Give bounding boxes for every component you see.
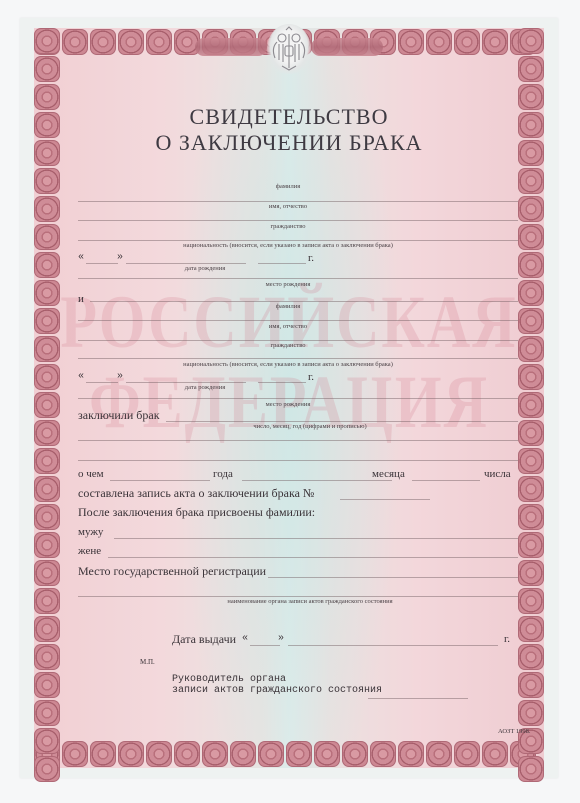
marriage-date-field-2[interactable] — [78, 440, 518, 441]
conjunction-and: и — [78, 293, 84, 305]
person2-birthplace-field[interactable] — [78, 398, 518, 399]
husband-label: мужу — [78, 526, 103, 538]
person2-year-suffix: г. — [308, 371, 314, 383]
person2-surname-field[interactable] — [90, 301, 518, 302]
marriage-date-caption: число, месяц, год (цифрами и прописью) — [253, 423, 366, 430]
person2-birthplace-caption: место рождения — [266, 401, 311, 408]
stamp-mark: М.П. — [140, 658, 155, 666]
person2-nationality-field[interactable] — [78, 358, 518, 359]
certificate-title-line1: СВИДЕТЕЛЬСТВО — [20, 104, 558, 130]
married-label: заключили брак — [78, 408, 160, 423]
person1-year-suffix: г. — [308, 252, 314, 264]
day-words-field[interactable] — [412, 480, 480, 481]
year-words-field[interactable] — [110, 480, 210, 481]
person1-surname-field[interactable] — [78, 201, 518, 202]
person2-birth-month-field[interactable] — [126, 382, 246, 383]
person1-name-field[interactable] — [78, 220, 518, 221]
year-label: года — [213, 468, 233, 480]
signature-field[interactable] — [368, 698, 468, 699]
about-label: о чем — [78, 468, 104, 480]
head-of-authority-line2: записи актов гражданского состояния — [172, 685, 382, 696]
issue-date-label: Дата выдачи — [172, 632, 236, 647]
month-label: месяца — [372, 468, 405, 480]
person2-birth-day-field[interactable] — [86, 382, 118, 383]
person2-citizenship-field[interactable] — [78, 340, 518, 341]
person1-citizenship-field[interactable] — [78, 240, 518, 241]
registration-place-label: Место государственной регистрации — [78, 564, 266, 579]
marriage-date-field-3[interactable] — [78, 460, 518, 461]
person1-birth-month-field[interactable] — [126, 263, 246, 264]
coat-of-arms-icon — [267, 24, 311, 74]
certificate-title-line2: О ЗАКЛЮЧЕНИИ БРАКА — [20, 130, 558, 156]
person1-birth-year-field[interactable] — [258, 263, 306, 264]
person2-citizenship-caption: гражданство — [271, 342, 306, 349]
record-number-field[interactable] — [340, 499, 430, 500]
wife-label: жене — [78, 545, 101, 557]
issue-year-suffix: г. — [504, 633, 510, 645]
person1-birth-day-open-quote: « — [78, 252, 84, 263]
person1-birthdate-caption: дата рождения — [185, 265, 225, 272]
wife-surname-field[interactable] — [108, 557, 518, 558]
month-words-field[interactable] — [242, 480, 392, 481]
person1-birth-day-field[interactable] — [86, 263, 118, 264]
person1-name-caption: имя, отчество — [269, 203, 307, 210]
person1-citizenship-caption: гражданство — [271, 223, 306, 230]
person2-name-caption: имя, отчество — [269, 323, 307, 330]
day-label: числа — [484, 468, 511, 480]
person1-surname-caption: фамилия — [276, 183, 300, 190]
person2-surname-caption: фамилия — [276, 303, 300, 310]
issue-month-year-field[interactable] — [288, 645, 498, 646]
person1-nationality-caption: национальность (вносится, если указано в… — [183, 242, 393, 249]
emblem-wing-left — [195, 38, 267, 56]
person2-birth-day-open-quote: « — [78, 371, 84, 382]
surnames-assigned-label: После заключения брака присвоены фамилии… — [78, 505, 315, 520]
marriage-date-field[interactable] — [166, 421, 518, 422]
record-number-label: составлена запись акта о заключении брак… — [78, 486, 314, 501]
registration-place-field-2[interactable] — [78, 596, 518, 597]
registration-place-field[interactable] — [268, 577, 518, 578]
head-of-authority-line1: Руководитель органа — [172, 674, 286, 685]
person2-birth-day-close-quote: » — [117, 371, 123, 382]
issue-day-field[interactable] — [250, 645, 280, 646]
emblem-wing-right — [311, 38, 383, 56]
person1-birthplace-field[interactable] — [78, 278, 518, 279]
issue-date-open-quote: « — [242, 633, 248, 644]
person2-birth-year-field[interactable] — [258, 382, 306, 383]
person1-birth-day-close-quote: » — [117, 252, 123, 263]
person2-nationality-caption: национальность (вносится, если указано в… — [183, 361, 393, 368]
person2-name-field[interactable] — [78, 320, 518, 321]
print-code: АОЗТ 1998. — [498, 728, 531, 735]
person2-birthdate-caption: дата рождения — [185, 384, 225, 391]
husband-surname-field[interactable] — [114, 538, 518, 539]
authority-caption: наименование органа записи актов граждан… — [227, 598, 392, 605]
certificate-sheet: РОССИЙСКАЯ ФЕДЕРАЦИЯ СВИДЕТЕЛЬСТВО О ЗАК… — [20, 18, 558, 778]
issue-date-close-quote: » — [278, 633, 284, 644]
person1-birthplace-caption: место рождения — [266, 281, 311, 288]
